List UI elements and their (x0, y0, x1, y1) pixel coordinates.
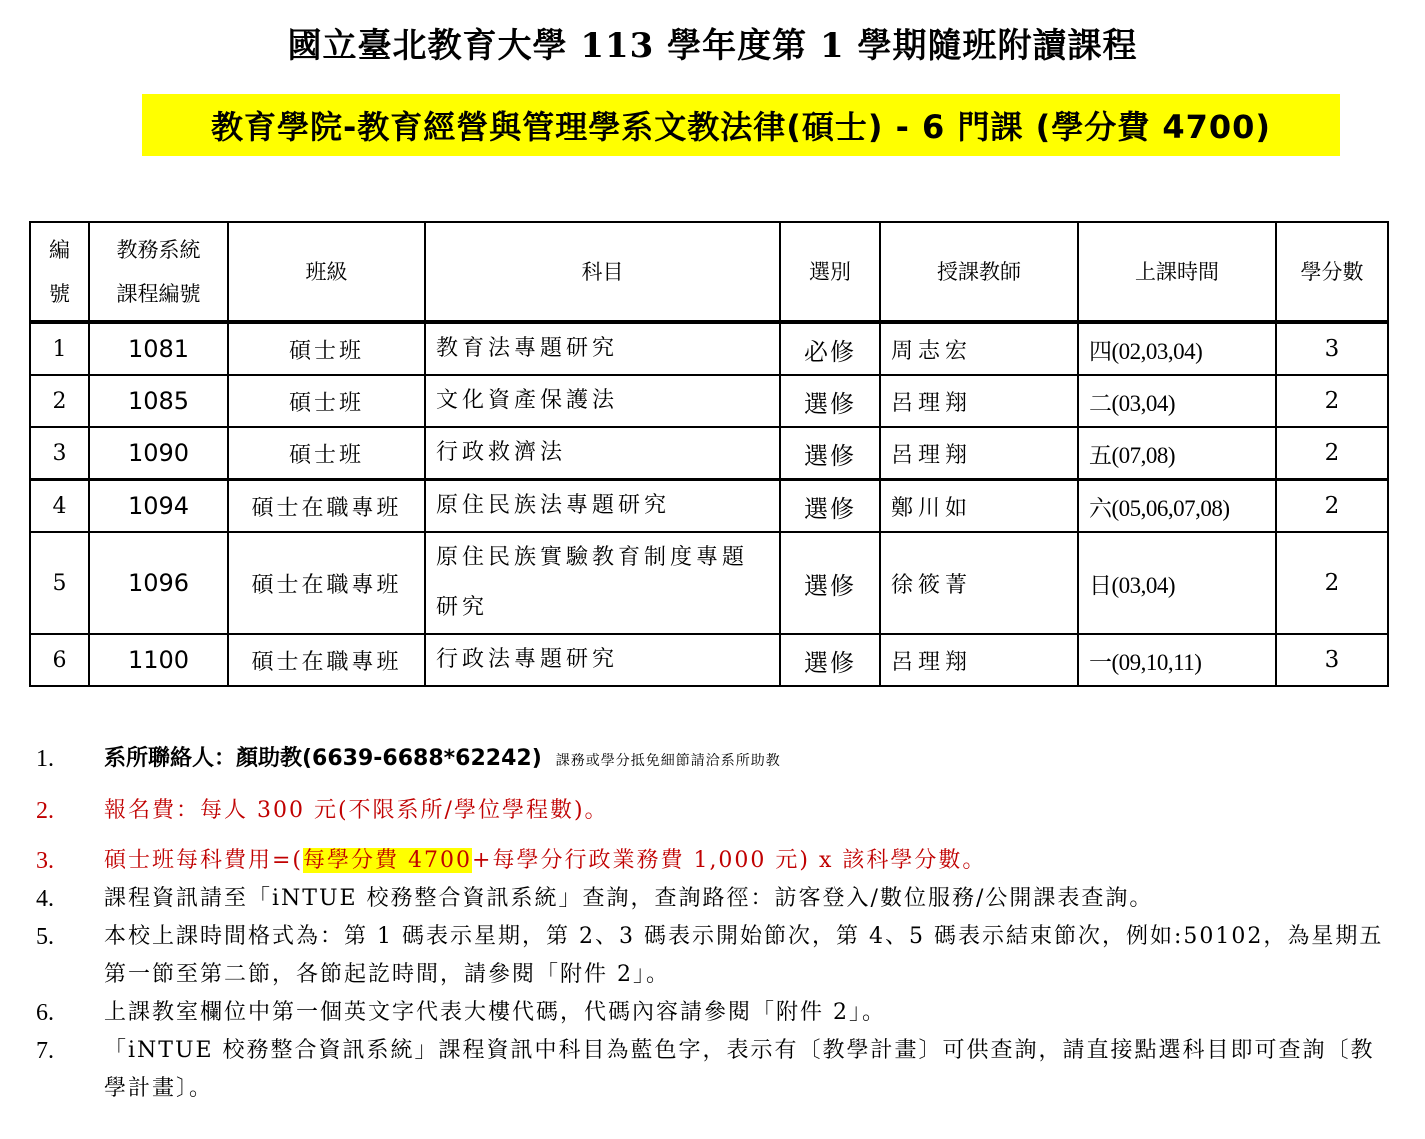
col-header-subject: 科目 (425, 222, 780, 322)
cell-time: 二(03,04) (1078, 375, 1276, 427)
col-header-class: 班級 (228, 222, 425, 322)
table-header-row: 編號 教務系統課程編號 班級 科目 選別 授課教師 上課時間 學分數 (30, 222, 1388, 322)
table-row: 6 1100 碩士在職專班 行政法專題研究 選修 呂理翔 一(09,10,11)… (30, 634, 1388, 686)
note-text: 課程資訊請至「iNTUE 校務整合資訊系統」查詢，查詢路徑：訪客登入/數位服務/… (104, 880, 1396, 918)
cell-time: 六(05,06,07,08) (1078, 480, 1276, 533)
cell-type: 選修 (780, 375, 880, 427)
cell-class: 碩士在職專班 (228, 634, 425, 686)
page-title: 國立臺北教育大學 113 學年度第 1 學期隨班附讀課程 (0, 18, 1425, 67)
cell-no: 3 (30, 427, 89, 480)
note-course-fee: 3. 碩士班每科費用=(每學分費 4700+每學分行政業務費 1,000 元) … (36, 842, 1396, 880)
cell-teacher: 周志宏 (880, 322, 1078, 375)
cell-credits: 2 (1276, 532, 1388, 634)
cell-type: 必修 (780, 322, 880, 375)
notes-list: 1. 系所聯絡人：顏助教(6639-6688*62242)課務或學分抵免細節請洽… (36, 740, 1396, 1108)
note-course-info: 4. 課程資訊請至「iNTUE 校務整合資訊系統」查詢，查詢路徑：訪客登入/數位… (36, 880, 1396, 918)
cell-code: 1085 (89, 375, 228, 427)
col-header-no: 編號 (30, 222, 89, 322)
cell-subject: 原住民族法專題研究 (425, 480, 780, 533)
note-number: 5. (36, 918, 104, 994)
cell-code: 1081 (89, 322, 228, 375)
cell-subject: 原住民族實驗教育制度專題研究 (425, 532, 780, 634)
note-number: 7. (36, 1032, 104, 1108)
cell-credits: 2 (1276, 375, 1388, 427)
note-registration-fee: 2. 報名費：每人 300 元(不限系所/學位學程數)。 (36, 792, 1396, 830)
cell-class: 碩士在職專班 (228, 532, 425, 634)
cell-type: 選修 (780, 634, 880, 686)
cell-code: 1100 (89, 634, 228, 686)
cell-no: 5 (30, 532, 89, 634)
cell-credits: 3 (1276, 322, 1388, 375)
cell-no: 4 (30, 480, 89, 533)
cell-class: 碩士班 (228, 427, 425, 480)
col-header-teacher: 授課教師 (880, 222, 1078, 322)
cell-subject: 文化資產保護法 (425, 375, 780, 427)
cell-type: 選修 (780, 532, 880, 634)
cell-credits: 3 (1276, 634, 1388, 686)
note-number: 2. (36, 792, 104, 830)
cell-code: 1096 (89, 532, 228, 634)
cell-no: 1 (30, 322, 89, 375)
contact-person: 系所聯絡人：顏助教(6639-6688*62242) (104, 746, 542, 771)
cell-time: 四(02,03,04) (1078, 322, 1276, 375)
note-text: 上課教室欄位中第一個英文字代表大樓代碼，代碼內容請參閱「附件 2」。 (104, 994, 1396, 1032)
cell-teacher: 呂理翔 (880, 375, 1078, 427)
cell-code: 1094 (89, 480, 228, 533)
table-row: 2 1085 碩士班 文化資產保護法 選修 呂理翔 二(03,04) 2 (30, 375, 1388, 427)
page-subtitle: 教育學院-教育經營與管理學系文教法律(碩士) - 6 門課 (學分費 4700) (211, 102, 1271, 148)
cell-no: 6 (30, 634, 89, 686)
table-row: 5 1096 碩士在職專班 原住民族實驗教育制度專題研究 選修 徐筱菁 日(03… (30, 532, 1388, 634)
note-classroom-code: 6. 上課教室欄位中第一個英文字代表大樓代碼，代碼內容請參閱「附件 2」。 (36, 994, 1396, 1032)
fee-formula-pre: 碩士班每科費用=( (104, 848, 303, 873)
cell-type: 選修 (780, 427, 880, 480)
cell-type: 選修 (780, 480, 880, 533)
course-table: 編號 教務系統課程編號 班級 科目 選別 授課教師 上課時間 學分數 1 108… (29, 221, 1389, 687)
note-teaching-plan: 7. 「iNTUE 校務整合資訊系統」課程資訊中科目為藍色字，表示有〔教學計畫〕… (36, 1032, 1396, 1108)
note-contact: 1. 系所聯絡人：顏助教(6639-6688*62242)課務或學分抵免細節請洽… (36, 740, 1396, 780)
cell-subject: 行政救濟法 (425, 427, 780, 480)
cell-no: 2 (30, 375, 89, 427)
note-number: 4. (36, 880, 104, 918)
table-row: 4 1094 碩士在職專班 原住民族法專題研究 選修 鄭川如 六(05,06,0… (30, 480, 1388, 533)
note-time-format: 5. 本校上課時間格式為：第 1 碼表示星期，第 2、3 碼表示開始節次，第 4… (36, 918, 1396, 994)
cell-class: 碩士班 (228, 322, 425, 375)
note-text: 本校上課時間格式為：第 1 碼表示星期，第 2、3 碼表示開始節次，第 4、5 … (104, 918, 1396, 994)
cell-time: 日(03,04) (1078, 532, 1276, 634)
cell-class: 碩士班 (228, 375, 425, 427)
cell-credits: 2 (1276, 480, 1388, 533)
cell-teacher: 呂理翔 (880, 427, 1078, 480)
cell-credits: 2 (1276, 427, 1388, 480)
cell-teacher: 徐筱菁 (880, 532, 1078, 634)
table-row: 3 1090 碩士班 行政救濟法 選修 呂理翔 五(07,08) 2 (30, 427, 1388, 480)
fee-highlight: 每學分費 4700 (303, 848, 472, 873)
cell-teacher: 呂理翔 (880, 634, 1078, 686)
note-text: 報名費：每人 300 元(不限系所/學位學程數)。 (104, 792, 1396, 830)
note-number: 3. (36, 842, 104, 880)
cell-code: 1090 (89, 427, 228, 480)
fee-formula-post: +每學分行政業務費 1,000 元) x 該科學分數。 (472, 848, 986, 873)
cell-teacher: 鄭川如 (880, 480, 1078, 533)
note-number: 1. (36, 740, 104, 780)
cell-class: 碩士在職專班 (228, 480, 425, 533)
note-text: 「iNTUE 校務整合資訊系統」課程資訊中科目為藍色字，表示有〔教學計畫〕可供查… (104, 1032, 1396, 1108)
col-header-credits: 學分數 (1276, 222, 1388, 322)
cell-subject: 教育法專題研究 (425, 322, 780, 375)
cell-subject: 行政法專題研究 (425, 634, 780, 686)
contact-hint: 課務或學分抵免細節請洽系所助教 (556, 753, 781, 769)
col-header-code: 教務系統課程編號 (89, 222, 228, 322)
table-row: 1 1081 碩士班 教育法專題研究 必修 周志宏 四(02,03,04) 3 (30, 322, 1388, 375)
col-header-time: 上課時間 (1078, 222, 1276, 322)
col-header-type: 選別 (780, 222, 880, 322)
cell-time: 五(07,08) (1078, 427, 1276, 480)
cell-time: 一(09,10,11) (1078, 634, 1276, 686)
note-number: 6. (36, 994, 104, 1032)
subtitle-highlight: 教育學院-教育經營與管理學系文教法律(碩士) - 6 門課 (學分費 4700) (142, 94, 1340, 156)
